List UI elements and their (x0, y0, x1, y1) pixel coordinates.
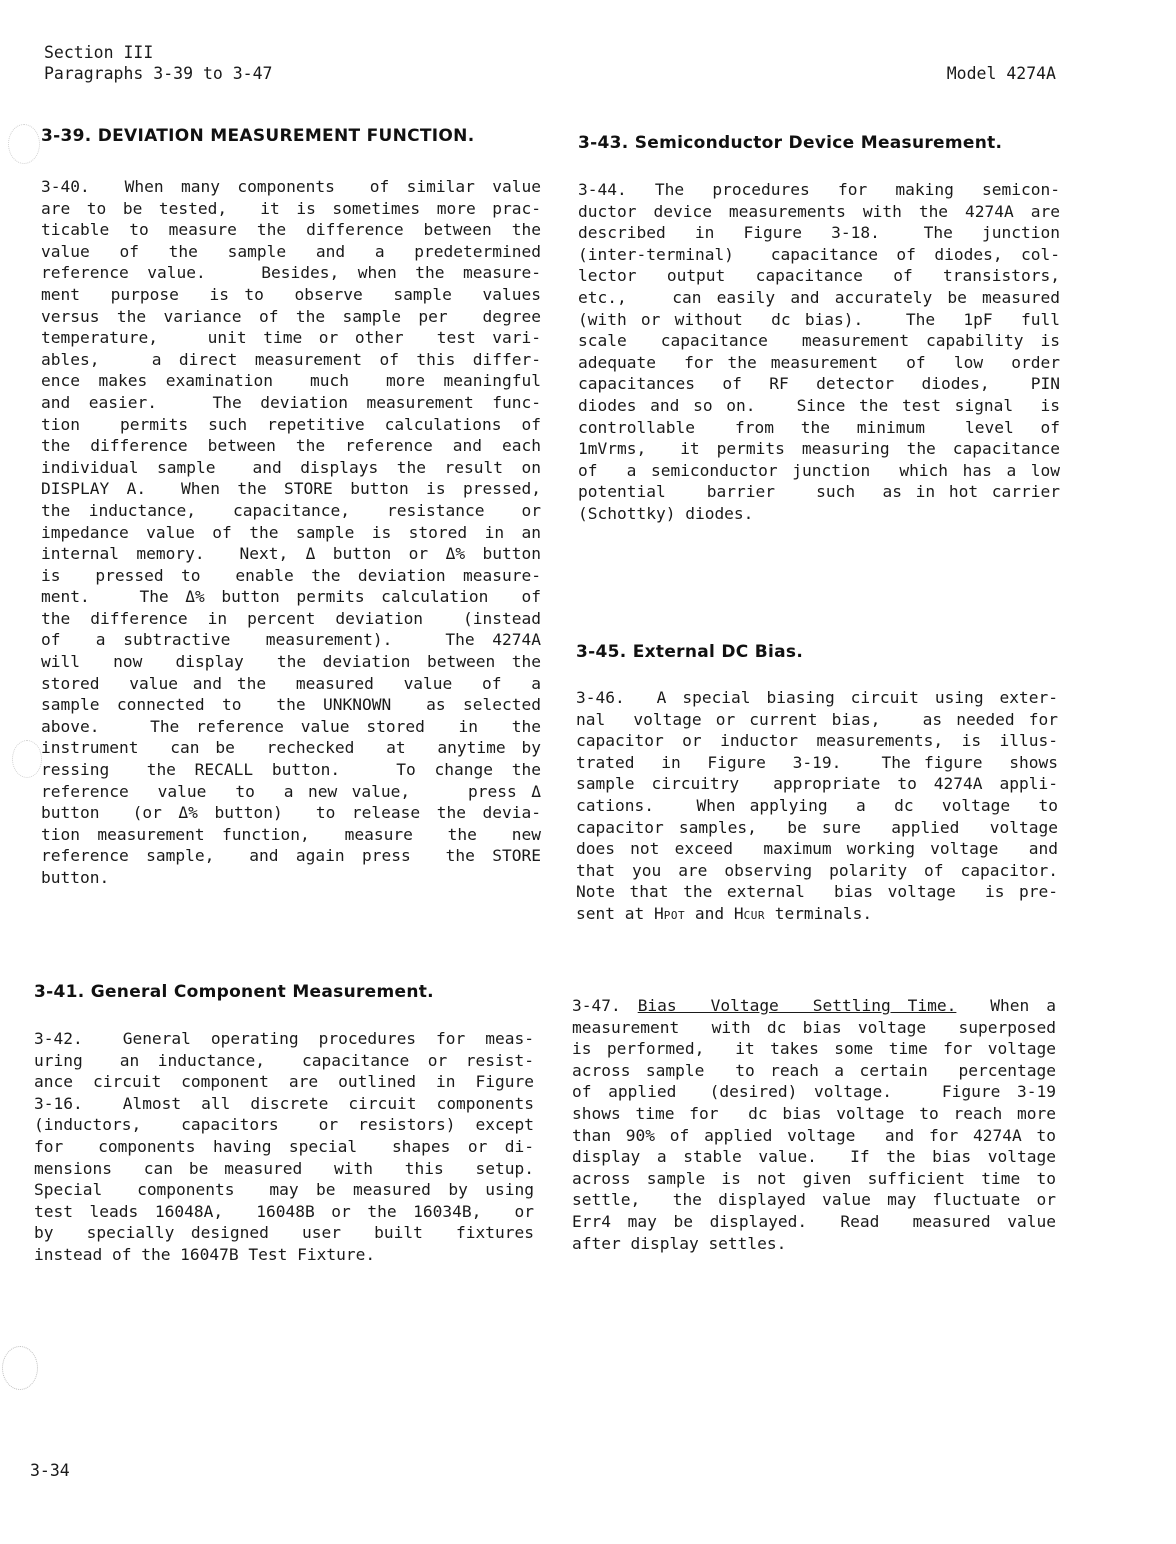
text-line: reference value. Besides, when the measu… (41, 262, 541, 284)
section-heading-3-39: 3-39. DEVIATION MEASUREMENT FUNCTION. (41, 126, 541, 146)
text-line: tion measurement function, measure the n… (41, 824, 541, 846)
text-line: Err4 may be displayed. Read measured val… (572, 1211, 1056, 1233)
running-header-left: Section III Paragraphs 3-39 to 3-47 (44, 42, 272, 84)
hpot-terminal-label: HPOT (654, 904, 685, 923)
section-heading-3-43: 3-43. Semiconductor Device Measurement. (578, 133, 1060, 153)
text-line: by specially designed user built fixture… (34, 1222, 534, 1244)
text-line: is performed, it takes some time for vol… (572, 1038, 1056, 1060)
text-line: after display settles. (572, 1233, 1056, 1255)
paragraph-3-42: 3-42. General operating procedures for m… (34, 1028, 534, 1266)
text-line: capacitor or inductor measurements, is i… (576, 730, 1058, 752)
section-heading-3-41: 3-41. General Component Measurement. (34, 982, 534, 1002)
section-3-45: 3-45. External DC Bias. 3-46. A special … (576, 642, 1058, 925)
text-line: 1mVrms, it permits measuring the capacit… (578, 438, 1060, 460)
text-line: individual sample and displays the resul… (41, 457, 541, 479)
text-line: scale capacitance measurement capability… (578, 330, 1060, 352)
text-line: ment. The Δ% button permits calculation … (41, 586, 541, 608)
text-line: ence makes examination much more meaning… (41, 370, 541, 392)
text-line: is pressed to enable the deviation measu… (41, 565, 541, 587)
text-line: DISPLAY A. When the STORE button is pres… (41, 478, 541, 500)
text-line: are to be tested, it is sometimes more p… (41, 198, 541, 220)
text-line: ressing the RECALL button. To change the (41, 759, 541, 781)
text-line: adequate for the measurement of low orde… (578, 352, 1060, 374)
text-line: button. (41, 867, 541, 889)
text-line: versus the variance of the sample per de… (41, 306, 541, 328)
text-line: lector output capacitance of transistors… (578, 265, 1060, 287)
text-line: 3-42. General operating procedures for m… (34, 1028, 534, 1050)
text-line: sample connected to the UNKNOWN as selec… (41, 694, 541, 716)
paragraph-3-47: 3-47. Bias Voltage Settling Time. When a… (572, 995, 1056, 1254)
text-line: across sample is not given sufficient ti… (572, 1168, 1056, 1190)
text-line: reference sample, and again press the ST… (41, 845, 541, 867)
text-line: the difference in percent deviation (ins… (41, 608, 541, 630)
section-label: Section III (44, 43, 153, 62)
model-label: Model 4274A (947, 63, 1056, 84)
section-3-43: 3-43. Semiconductor Device Measurement. … (578, 133, 1060, 525)
text-line: reference value to a new value, press Δ (41, 781, 541, 803)
text-line: controllable from the minimum level of (578, 417, 1060, 439)
text-line: capacitances of RF detector diodes, PIN (578, 373, 1060, 395)
text-line: of a semiconductor junction which has a … (578, 460, 1060, 482)
hcur-terminal-label: HCUR (734, 904, 765, 923)
text-line: will now display the deviation between t… (41, 651, 541, 673)
text-line: ticable to measure the difference betwee… (41, 219, 541, 241)
section-3-39: 3-39. DEVIATION MEASUREMENT FUNCTION. 3-… (41, 126, 541, 889)
text-line: 3-16. Almost all discrete circuit compon… (34, 1093, 534, 1115)
text-line: Note that the external bias voltage is p… (576, 881, 1058, 903)
text-line: for components having special shapes or … (34, 1136, 534, 1158)
text-line: temperature, unit time or other test var… (41, 327, 541, 349)
text-line: potential barrier such as in hot carrier (578, 481, 1060, 503)
punch-hole-mark (8, 124, 40, 164)
text-line: 3-40. When many components of similar va… (41, 176, 541, 198)
text-line: ables, a direct measurement of this diff… (41, 349, 541, 371)
text-line: does not exceed maximum working voltage … (576, 838, 1058, 860)
paragraph-range: Paragraphs 3-39 to 3-47 (44, 64, 272, 83)
text-line: display a stable value. If the bias volt… (572, 1146, 1056, 1168)
text-line: the inductance, capacitance, resistance … (41, 500, 541, 522)
text-line: impedance value of the sample is stored … (41, 522, 541, 544)
text-line: of a subtractive measurement). The 4274A (41, 629, 541, 651)
text-line: trated in Figure 3-19. The figure shows (576, 752, 1058, 774)
text-line: instrument can be rechecked at anytime b… (41, 737, 541, 759)
text-line: sample circuitry appropriate to 4274A ap… (576, 773, 1058, 795)
text-line: described in Figure 3-18. The junction (578, 222, 1060, 244)
text-line: internal memory. Next, Δ button or Δ% bu… (41, 543, 541, 565)
paragraph-3-47-first-line: 3-47. Bias Voltage Settling Time. When a (572, 995, 1056, 1017)
text-line: tion permits such repetitive calculation… (41, 414, 541, 436)
paragraph-3-46-last-line: sent at HPOT and HCUR terminals. (576, 903, 1058, 925)
paragraph-3-44: 3-44. The procedures for making semicon-… (578, 179, 1060, 525)
text-line: that you are observing polarity of capac… (576, 860, 1058, 882)
text-line: (with or without dc bias). The 1pF full (578, 309, 1060, 331)
text-line: Special components may be measured by us… (34, 1179, 534, 1201)
text-line: and easier. The deviation measurement fu… (41, 392, 541, 414)
paragraph-3-46: 3-46. A special biasing circuit using ex… (576, 687, 1058, 925)
text-line: the difference between the reference and… (41, 435, 541, 457)
text-line: cations. When applying a dc voltage to (576, 795, 1058, 817)
paragraph-3-47-title: Bias Voltage Settling Time. (638, 996, 957, 1015)
text-line: ance circuit component are outlined in F… (34, 1071, 534, 1093)
text-line: uring an inductance, capacitance or resi… (34, 1050, 534, 1072)
section-3-41: 3-41. General Component Measurement. 3-4… (34, 982, 534, 1266)
text-line: etc., can easily and accurately be measu… (578, 287, 1060, 309)
text-line: value of the sample and a predetermined (41, 241, 541, 263)
text-line: button (or Δ% button) to release the dev… (41, 802, 541, 824)
text-line: 3-46. A special biasing circuit using ex… (576, 687, 1058, 709)
text-line: above. The reference value stored in the (41, 716, 541, 738)
text-line: settle, the displayed value may fluctuat… (572, 1189, 1056, 1211)
page-number: 3-34 (30, 1461, 70, 1480)
punch-hole-mark (2, 1346, 38, 1390)
text-line: diodes and so on. Since the test signal … (578, 395, 1060, 417)
text-line: 3-44. The procedures for making semicon- (578, 179, 1060, 201)
text-line: ductor device measurements with the 4274… (578, 201, 1060, 223)
text-line: across sample to reach a certain percent… (572, 1060, 1056, 1082)
text-line: than 90% of applied voltage and for 4274… (572, 1125, 1056, 1147)
text-line: stored value and the measured value of a (41, 673, 541, 695)
section-3-47: 3-47. Bias Voltage Settling Time. When a… (572, 995, 1056, 1254)
text-line: nal voltage or current bias, as needed f… (576, 709, 1058, 731)
text-line: (inductors, capacitors or resistors) exc… (34, 1114, 534, 1136)
manual-page: Section III Paragraphs 3-39 to 3-47 Mode… (0, 0, 1176, 1544)
text-line: mensions can be measured with this setup… (34, 1158, 534, 1180)
text-line: ment purpose is to observe sample values (41, 284, 541, 306)
text-line: of applied (desired) voltage. Figure 3-1… (572, 1081, 1056, 1103)
text-line: test leads 16048A, 16048B or the 16034B,… (34, 1201, 534, 1223)
text-line: measurement with dc bias voltage superpo… (572, 1017, 1056, 1039)
text-line: (inter-terminal) capacitance of diodes, … (578, 244, 1060, 266)
section-heading-3-45: 3-45. External DC Bias. (576, 642, 1058, 662)
punch-hole-mark (12, 740, 42, 778)
text-line: shows time for dc bias voltage to reach … (572, 1103, 1056, 1125)
text-line: (Schottky) diodes. (578, 503, 1060, 525)
text-line: capacitor samples, be sure applied volta… (576, 817, 1058, 839)
paragraph-3-40: 3-40. When many components of similar va… (41, 176, 541, 889)
text-line: instead of the 16047B Test Fixture. (34, 1244, 534, 1266)
